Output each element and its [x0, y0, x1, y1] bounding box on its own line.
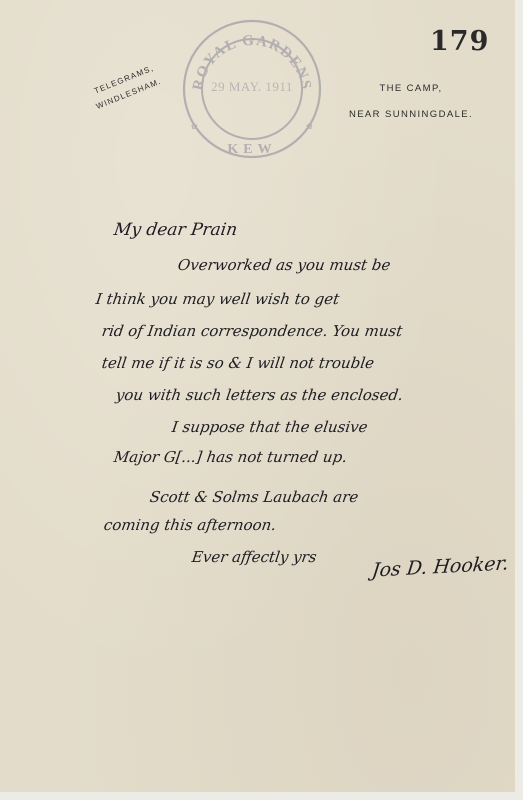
- signature: Jos D. Hooker.: [371, 552, 510, 581]
- closing: Ever affectly yrs: [191, 548, 318, 566]
- body-line: Major G[...] has not turned up.: [113, 448, 349, 466]
- letter-page: 179 Telegrams, Windlesham. ROYAL GARDENS…: [0, 0, 515, 792]
- body-line: I think you may well wish to get: [95, 290, 341, 308]
- svg-text:KEW: KEW: [227, 142, 276, 157]
- svg-text:✿: ✿: [191, 122, 198, 131]
- body-line: rid of Indian correspondence. You must: [101, 322, 404, 340]
- folio-number: 179: [430, 26, 489, 57]
- svg-text:✿: ✿: [306, 122, 313, 131]
- body-line: I suppose that the elusive: [171, 418, 369, 436]
- body-line: you with such letters as the enclosed.: [115, 386, 404, 404]
- address-line-2: near Sunningdale.: [336, 102, 486, 128]
- body-line: tell me if it is so & I will not trouble: [101, 354, 376, 372]
- address-line-1: The Camp,: [336, 76, 486, 102]
- stamp-date: 29 MAY. 1911: [180, 79, 324, 95]
- salutation: My dear Prain: [113, 220, 239, 240]
- body-line: Overworked as you must be: [177, 256, 392, 274]
- letterhead-address: The Camp, near Sunningdale.: [336, 76, 486, 128]
- telegrams-address: Telegrams, Windlesham.: [88, 60, 164, 114]
- kew-receipt-stamp: ROYAL GARDENS KEW ✿ ✿ 29 MAY. 1911: [180, 17, 324, 161]
- body-line: coming this afternoon.: [103, 516, 278, 534]
- body-line: Scott & Solms Laubach are: [149, 488, 360, 506]
